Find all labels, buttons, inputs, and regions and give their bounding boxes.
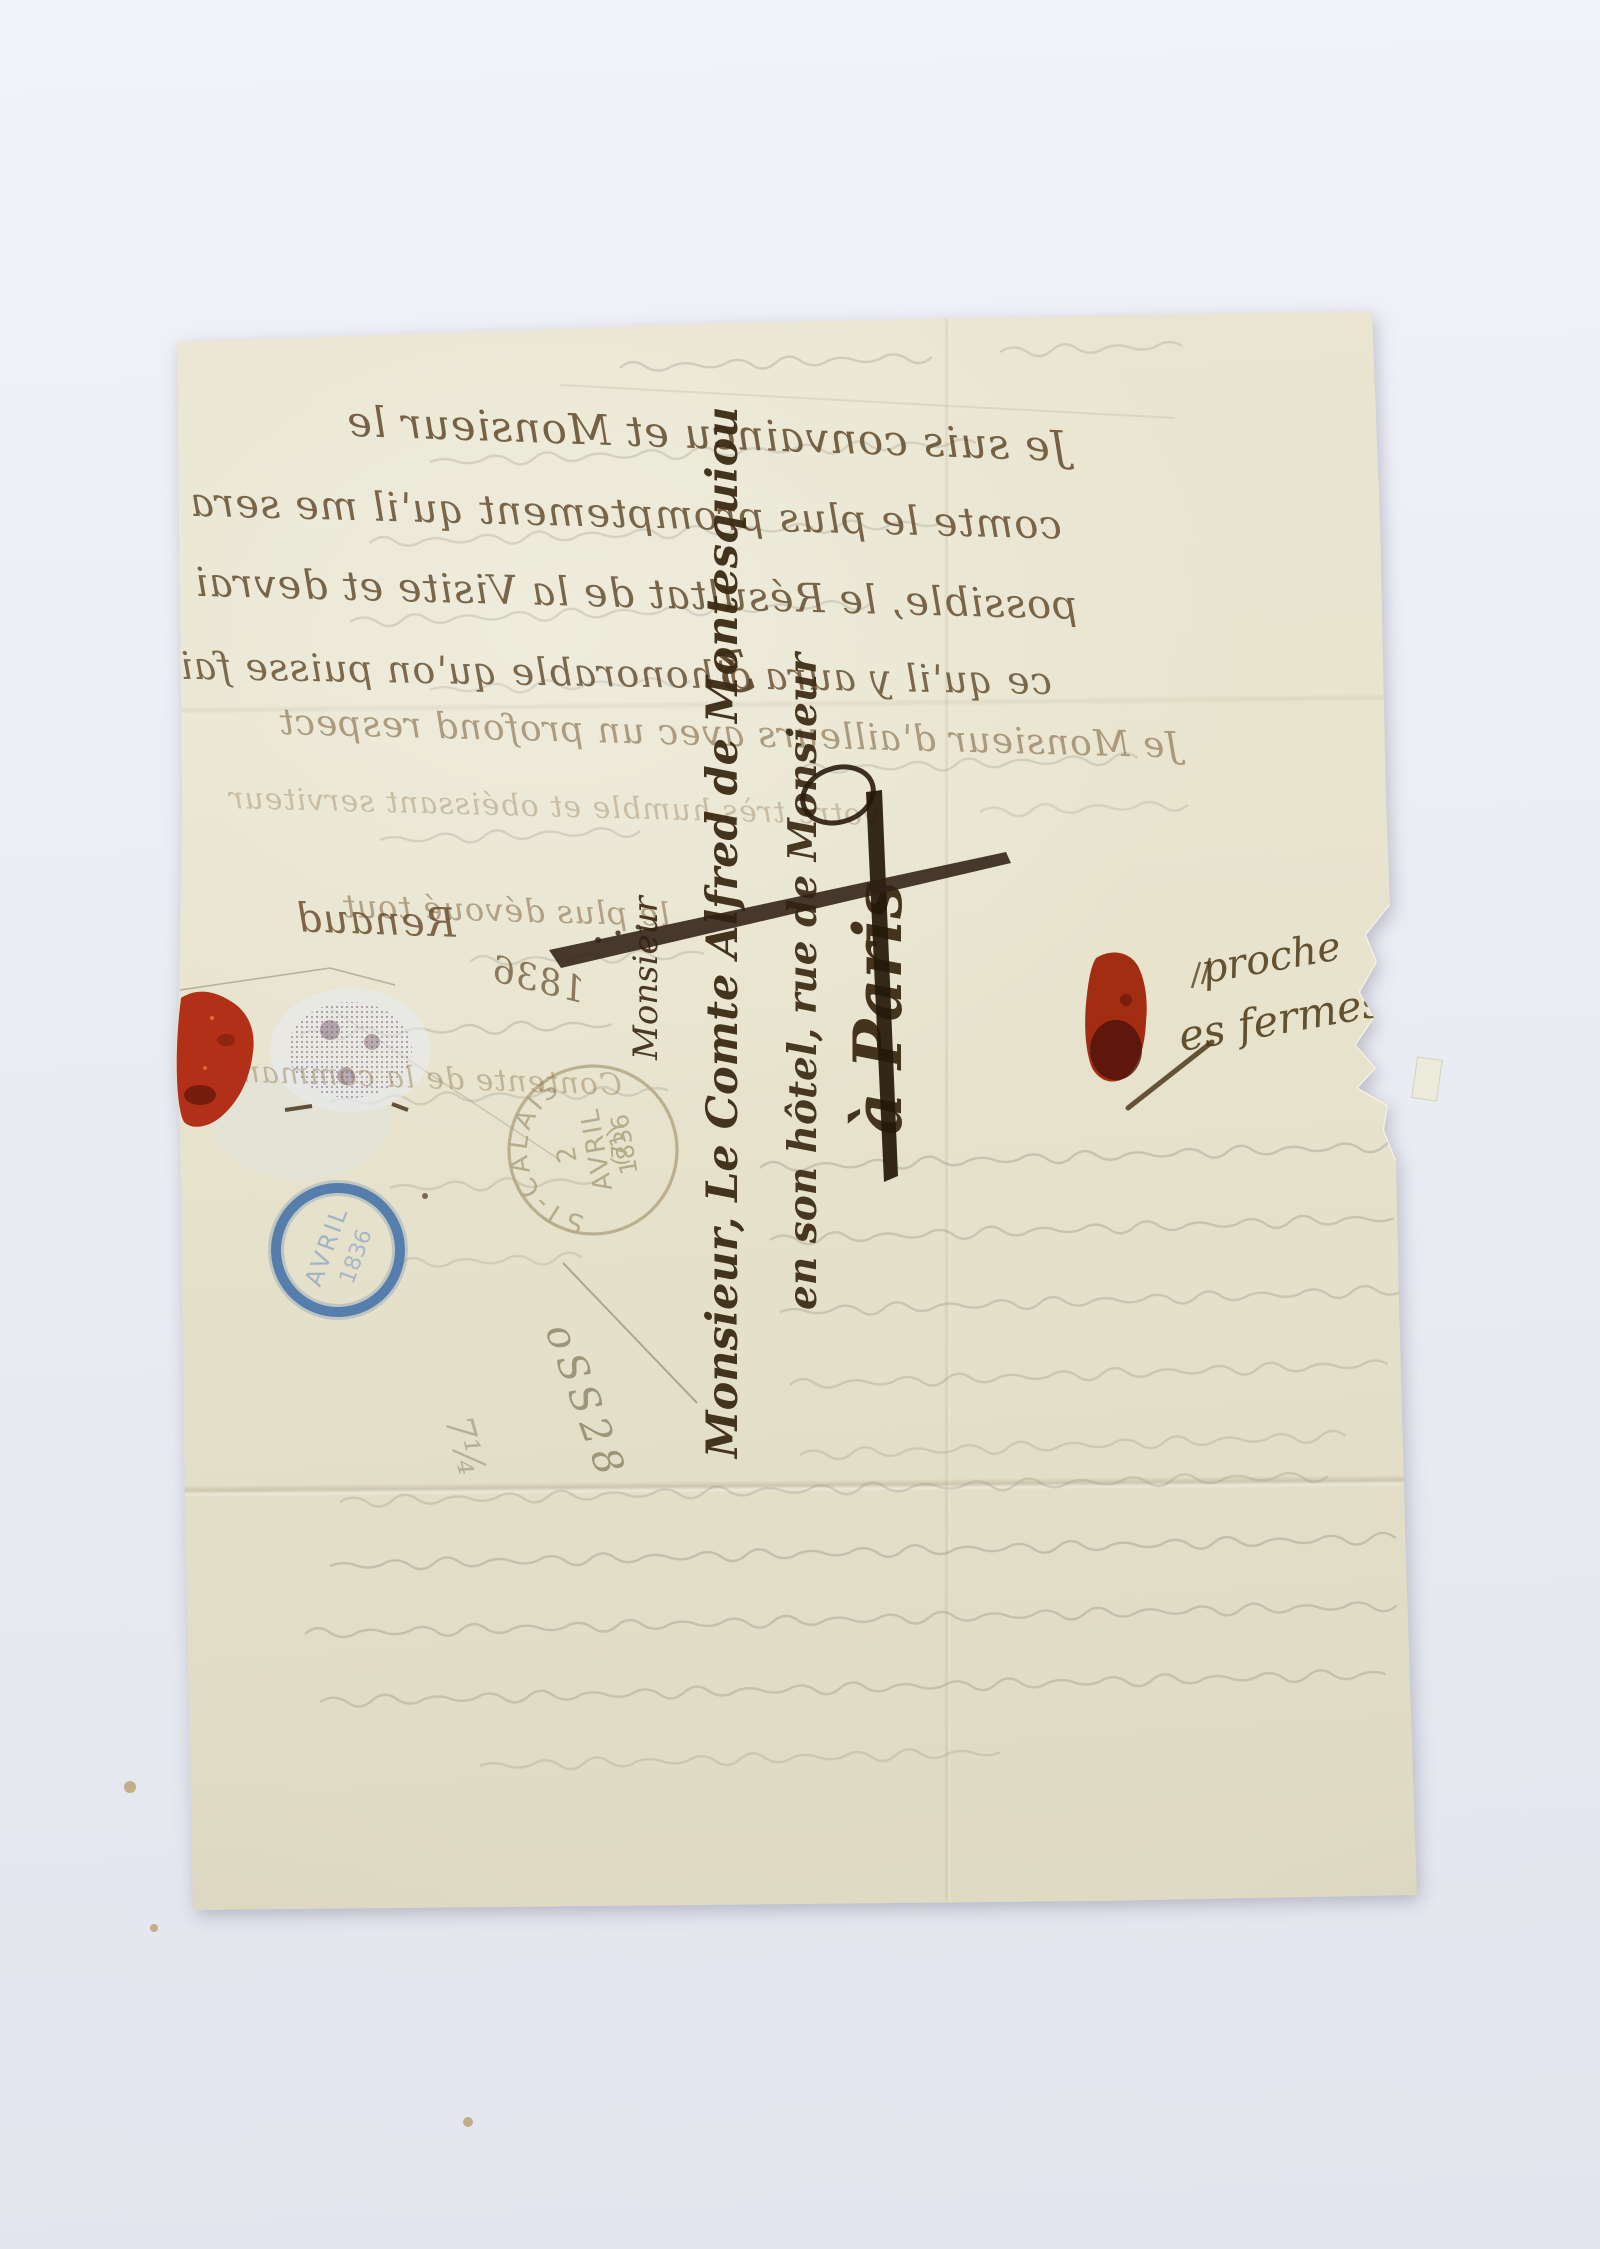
paper-speck xyxy=(150,1924,158,1932)
paper-speck xyxy=(124,1781,136,1793)
background-specks-layer xyxy=(0,0,1600,2249)
scanned-letter-photo: ST-CALAIS (71) 2 AVRIL 1836 AVRIL 1836 o… xyxy=(0,0,1600,2249)
paper-speck xyxy=(463,2117,473,2127)
specks xyxy=(124,1781,473,2127)
